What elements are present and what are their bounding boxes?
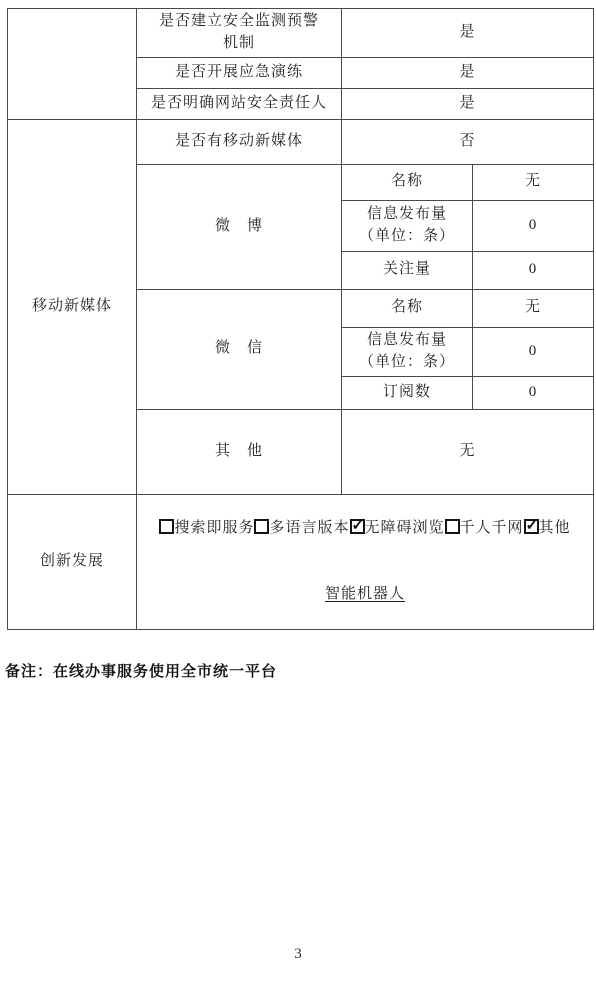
checkbox-icon: [445, 519, 460, 534]
cell-section-label-mobile-media: 移动新媒体: [8, 119, 137, 494]
table-row: 移动新媒体 是否有移动新媒体 否: [8, 119, 594, 164]
innovation-other-detail: 智能机器人: [325, 584, 405, 606]
cell-wechat-posts-field: 信息发布量 （单位：条）: [342, 327, 473, 376]
cell-innovation-options: 搜索即服务多语言版本无障碍浏览千人千网其他 智能机器人: [137, 494, 594, 630]
cell-answer-security-monitoring: 是: [342, 9, 594, 58]
cell-weibo-label: 微 博: [137, 164, 342, 289]
cell-weibo-posts-field: 信息发布量 （单位：条）: [342, 200, 473, 251]
cell-question-security-responsible-person: 是否明确网站安全责任人: [137, 88, 342, 119]
checkbox-icon: [254, 519, 269, 534]
table-row: 创新发展 搜索即服务多语言版本无障碍浏览千人千网其他 智能机器人: [8, 494, 594, 630]
cell-weibo-followers-field: 关注量: [342, 251, 473, 289]
cell-question-security-monitoring: 是否建立安全监测预警 机制: [137, 9, 342, 58]
checkbox-label: 千人千网: [460, 520, 524, 536]
checkbox-label: 无障碍浏览: [365, 520, 445, 536]
cell-answer-security-responsible-person: 是: [342, 88, 594, 119]
cell-wechat-subscribers-field: 订阅数: [342, 376, 473, 409]
cell-weibo-name-field: 名称: [342, 164, 473, 200]
cell-section-label-innovation: 创新发展: [8, 494, 137, 630]
remark-note: 备注：在线办事服务使用全市统一平台: [5, 660, 277, 681]
cell-answer-has-mobile-media: 否: [342, 119, 594, 164]
checkbox-icon: [524, 519, 539, 534]
innovation-checkbox: 无障碍浏览: [350, 520, 445, 536]
cell-question-has-mobile-media: 是否有移动新媒体: [137, 119, 342, 164]
innovation-checkbox: 其他: [524, 520, 571, 536]
checkbox-label: 其他: [539, 520, 571, 536]
cell-question-emergency-drill: 是否开展应急演练: [137, 57, 342, 88]
innovation-checkbox: 多语言版本: [254, 520, 349, 536]
innovation-checkbox: 搜索即服务: [159, 520, 254, 536]
checkbox-label: 多语言版本: [269, 520, 349, 536]
cell-wechat-name-value: 无: [473, 289, 594, 327]
cell-wechat-name-field: 名称: [342, 289, 473, 327]
cell-wechat-subscribers-value: 0: [473, 376, 594, 409]
cell-weibo-posts-value: 0: [473, 200, 594, 251]
innovation-other-detail-line: 智能机器人: [143, 562, 587, 606]
table-row: 是否建立安全监测预警 机制 是: [8, 9, 594, 58]
checkbox-icon: [350, 519, 365, 534]
cell-other-media-value: 无: [342, 409, 594, 494]
cell-weibo-followers-value: 0: [473, 251, 594, 289]
innovation-checkbox-line: 搜索即服务多语言版本无障碍浏览千人千网其他: [143, 518, 587, 540]
checkbox-label: 搜索即服务: [174, 520, 254, 536]
cell-wechat-posts-value: 0: [473, 327, 594, 376]
page-number: 3: [0, 946, 596, 963]
cell-wechat-label: 微 信: [137, 289, 342, 409]
checkbox-icon: [159, 519, 174, 534]
innovation-checkbox: 千人千网: [445, 520, 524, 536]
cell-weibo-name-value: 无: [473, 164, 594, 200]
cell-other-media-label: 其 他: [137, 409, 342, 494]
cell-answer-emergency-drill: 是: [342, 57, 594, 88]
report-document-page: 是否建立安全监测预警 机制 是 是否开展应急演练 是 是否明确网站安全责任人 是…: [0, 0, 596, 982]
annual-report-table: 是否建立安全监测预警 机制 是 是否开展应急演练 是 是否明确网站安全责任人 是…: [7, 8, 594, 630]
cell-section-label-continued: [8, 9, 137, 120]
